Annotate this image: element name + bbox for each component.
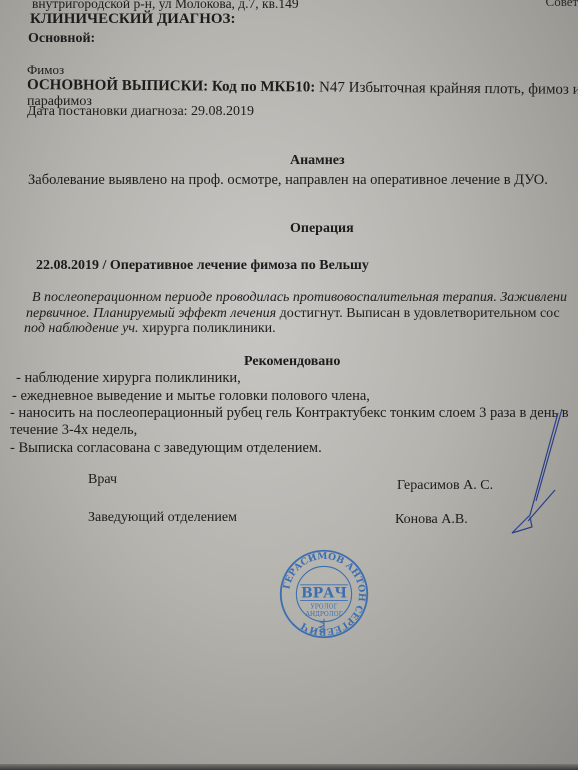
discharge-diagnosis-line: ОСНОВНОЙ ВЫПИСКИ: Код по МКБ10: N47 Избы… <box>27 77 578 98</box>
postop-line-1: В послеоперационном периоде проводилась … <box>32 290 567 306</box>
svg-text:АНДРОЛОГ: АНДРОЛОГ <box>305 611 342 618</box>
clinical-diagnosis-title: КЛИНИЧЕСКИЙ ДИАГНОЗ: <box>30 11 235 27</box>
signature-icon <box>500 405 570 545</box>
discharge-document: внутригородской р-н, ул Молокова, д.7, к… <box>0 0 578 770</box>
recommendation-item: - наносить на послеоперационный рубец ге… <box>10 405 569 421</box>
doctor-stamp-icon: ГЕРАСИМОВ АНТОН СЕРГЕЕВИЧ ВРАЧ УРОЛОГ АН… <box>278 548 370 640</box>
head-name: Конова А.В. <box>395 512 468 528</box>
postop-line-3: под наблюдение уч. хирурга поликлиники. <box>24 321 276 337</box>
recommendation-item: - наблюдение хирурга поликлиники, <box>16 370 241 386</box>
svg-text:ВРАЧ: ВРАЧ <box>301 586 347 602</box>
discharge-diagnosis-value: N47 Избыточная крайняя плоть, фимоз и <box>319 80 578 98</box>
head-label: Заведующий отделением <box>88 510 237 526</box>
recommendation-item: - Выписка согласована с заведующим отдел… <box>10 440 322 456</box>
operation-title: Операция <box>290 221 354 237</box>
operation-entry: 22.08.2019 / Оперативное лечение фимоза … <box>36 258 369 274</box>
anamnesis-text: Заболевание выявлено на проф. осмотре, н… <box>28 172 548 188</box>
postop-line-2: первичное. Планируемый эффект лечения до… <box>26 306 560 322</box>
recommendation-item: течение 3-4х недель, <box>10 422 137 438</box>
doctor-label: Врач <box>88 472 117 488</box>
diagnosis-date: Дата постановки диагноза: 29.08.2019 <box>27 104 254 120</box>
top-right-fragment: Совете <box>546 0 578 10</box>
svg-text:УРОЛОГ: УРОЛОГ <box>310 604 337 611</box>
anamnesis-title: Анамнез <box>290 153 345 169</box>
discharge-diagnosis-label: ОСНОВНОЙ ВЫПИСКИ: Код по МКБ10: <box>27 77 315 96</box>
doctor-name: Герасимов А. С. <box>397 478 493 494</box>
recommendations-title: Рекомендовано <box>244 354 340 370</box>
recommendation-item: - ежедневное выведение и мытье головки п… <box>12 388 370 404</box>
main-diagnosis-label: Основной: <box>28 31 95 47</box>
photo-bottom-edge <box>0 764 578 770</box>
main-diagnosis-value: Фимоз <box>27 62 64 78</box>
